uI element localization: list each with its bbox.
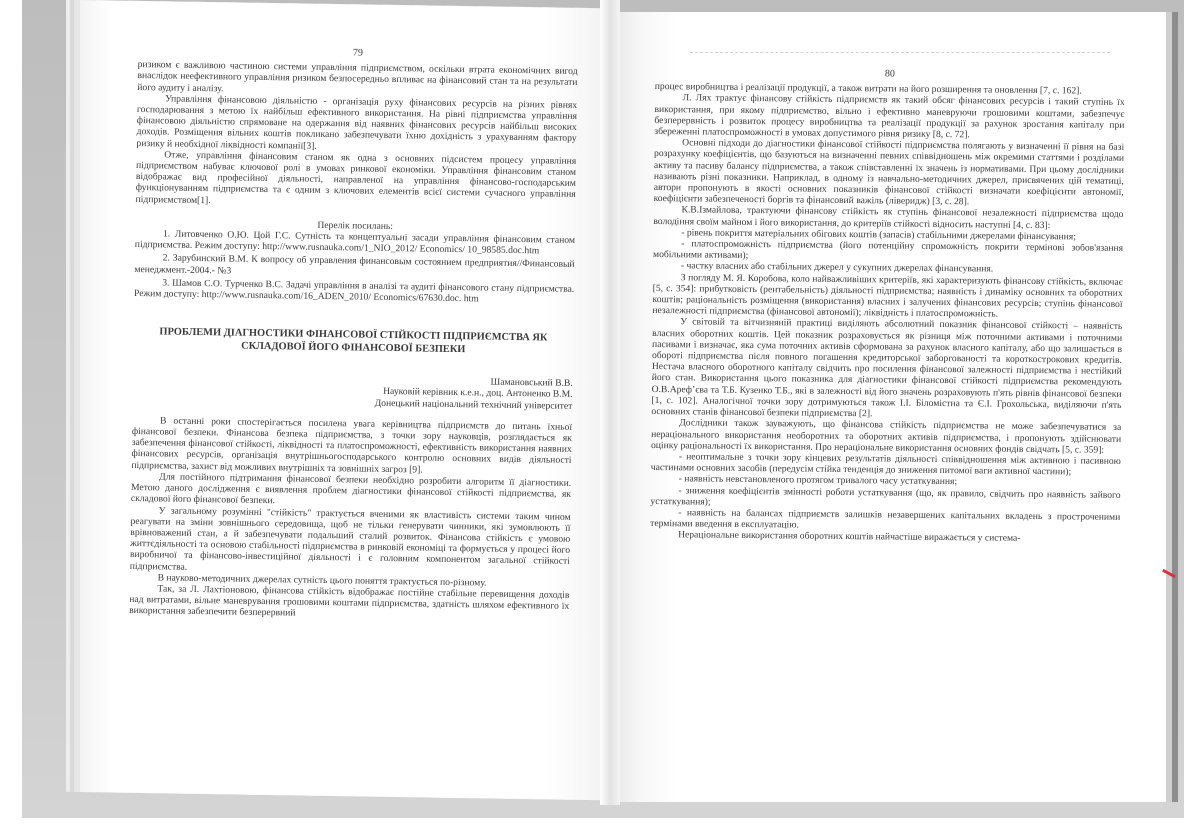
paragraph: У світовій та вітчизняній практиці виділ… — [651, 316, 1122, 422]
left-page-content: 79 ризиком є важливою частиною системи у… — [129, 44, 578, 623]
article-title: ПРОБЛЕМИ ДІАГНОСТИКИ ФІНАНСОВОЇ СТІЙКОСТ… — [133, 325, 573, 358]
reference-item: 3. Шамов С.О. Турченко В.С. Задачі управ… — [134, 277, 574, 306]
right-page-content: 80 процес виробництва і реалізації проду… — [650, 66, 1125, 545]
bleed-through-marks — [690, 52, 1110, 54]
paragraph: Так, за Л. Лахтіоновою, фінансова стійкі… — [129, 583, 569, 624]
book-spine — [600, 0, 620, 805]
paragraph: В останні роки спостерігається посилена … — [131, 415, 572, 478]
paragraph: Основні підходи до діагностики фінансово… — [654, 137, 1125, 209]
paragraph: Управління фінансовою діяльністю - орган… — [136, 93, 577, 156]
paragraph: Л. Лях трактує фінансову стійкість підпр… — [654, 92, 1124, 142]
paragraph: Отже, управління фінансовим станом як од… — [135, 149, 576, 212]
paragraph: З погляду М. Я. Коробова, коло найважлив… — [652, 272, 1122, 322]
paragraph: Дослідники також зауважують, що фінансов… — [651, 417, 1121, 456]
paragraph: У загальному розумінні "стійкість" тракт… — [130, 504, 571, 578]
